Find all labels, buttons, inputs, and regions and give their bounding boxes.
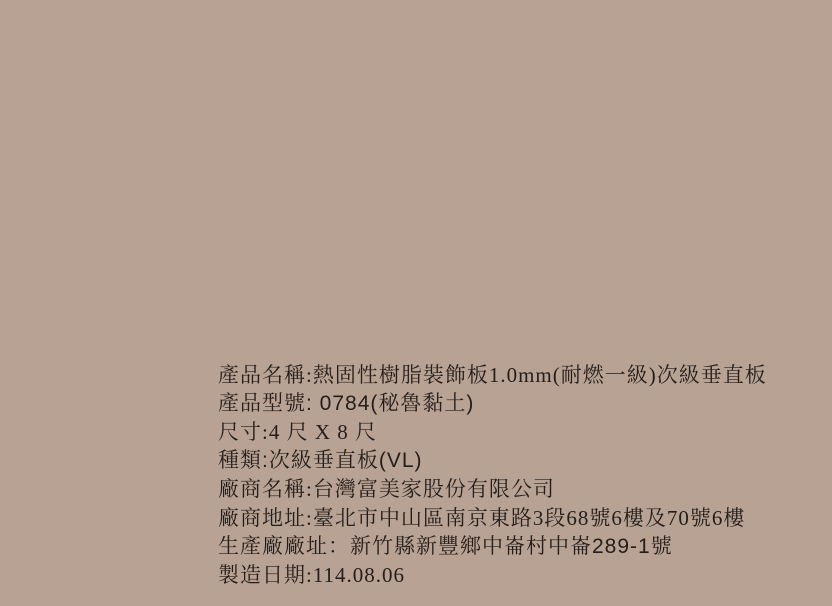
product-name-line: 產品名稱:熱固性樹脂裝飾板1.0mm(耐燃一級)次級垂直板 xyxy=(218,361,818,390)
product-model-line: 產品型號: 0784(秘魯黏土) xyxy=(218,390,818,419)
product-label-text-block: 產品名稱:熱固性樹脂裝飾板1.0mm(耐燃一級)次級垂直板 產品型號: 0784… xyxy=(218,361,818,590)
type-line: 種類:次級垂直板(VL) xyxy=(218,447,818,476)
manufacturer-address-line: 廠商地址:臺北市中山區南京東路3段68號6樓及70號6樓 xyxy=(218,504,818,533)
factory-address-line: 生產廠廠址：新竹縣新豐鄉中崙村中崙289-1號 xyxy=(218,533,818,562)
manufacturer-name-line: 廠商名稱:台灣富美家股份有限公司 xyxy=(218,475,818,504)
laminate-label-photo: { "colors": { "background": "#b8a294", "… xyxy=(0,0,832,606)
dimensions-line: 尺寸:4 尺 X 8 尺 xyxy=(218,418,818,447)
manufacture-date-line: 製造日期:114.08.06 xyxy=(218,561,818,590)
